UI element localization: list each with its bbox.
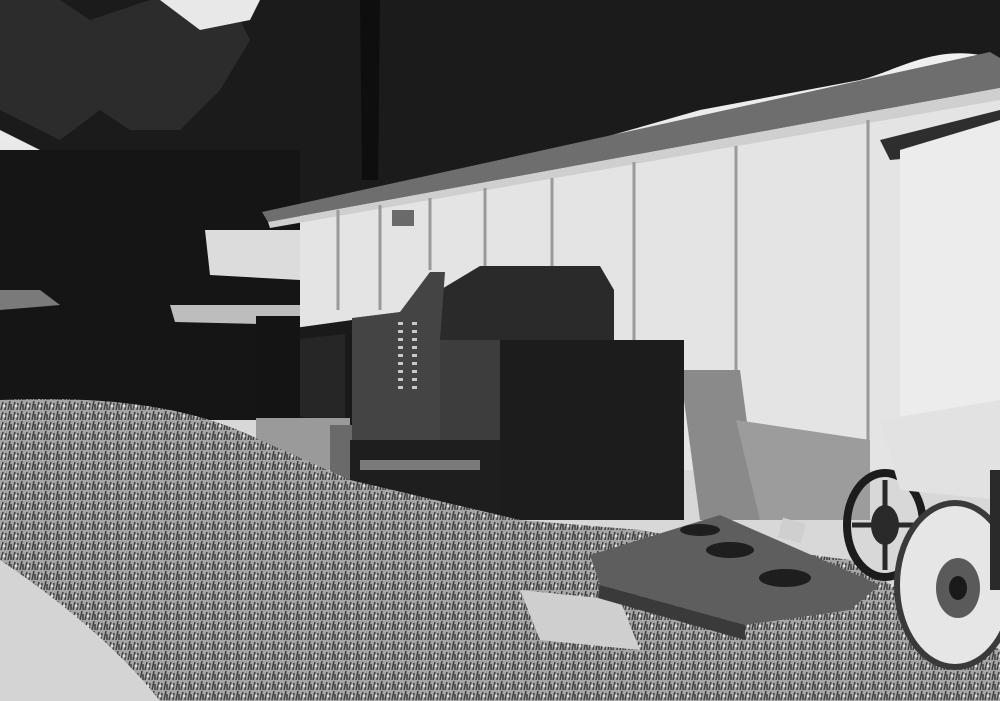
disc-wheel (897, 503, 1000, 667)
photograph: Small diesel shunting locomotive, dark-p… (0, 0, 1000, 701)
wheels (0, 0, 1000, 701)
